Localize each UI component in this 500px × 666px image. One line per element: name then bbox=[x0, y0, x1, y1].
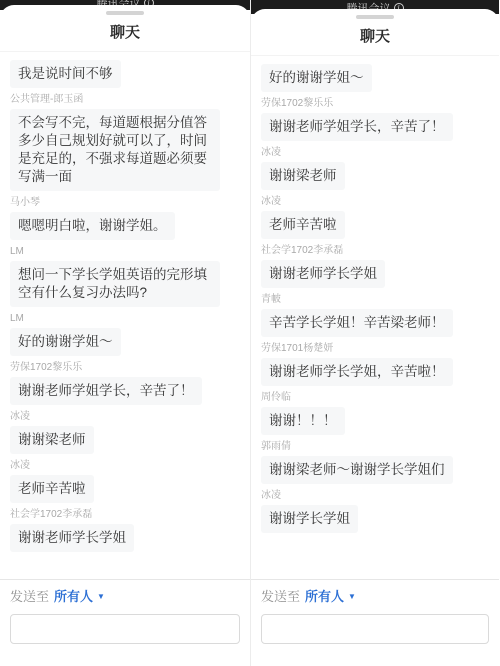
message-input[interactable] bbox=[261, 614, 489, 644]
message-bubble: 谢谢梁老师 bbox=[10, 426, 94, 454]
message-list[interactable]: 好的谢谢学姐～ 劳保1702黎乐乐 谢谢老师学姐学长，辛苦了！ 冰凌 谢谢梁老师… bbox=[251, 56, 499, 579]
message-bubble: 谢谢学长学姐 bbox=[261, 505, 358, 533]
message-bubble: 不会写不完，每道题根据分值答多少自己规划好就可以了，时间是充足的，不强求每道题必… bbox=[10, 109, 220, 191]
message-item: 周伶临 谢谢！！！ bbox=[261, 391, 489, 435]
message-item: 冰凌 谢谢梁老师 bbox=[10, 410, 240, 454]
message-bubble: 谢谢老师学姐学长，辛苦了！ bbox=[10, 377, 202, 405]
send-to-label: 发送至 bbox=[10, 589, 49, 605]
chat-sheet: 聊天 我是说时间不够 公共管理-郎玉函 不会写不完，每道题根据分值答多少自己规划… bbox=[0, 5, 250, 666]
send-footer: 发送至 所有人 ▼ bbox=[0, 579, 250, 666]
sender-name: LM bbox=[10, 312, 240, 325]
message-bubble: 老师辛苦啦 bbox=[10, 475, 94, 503]
sender-name: 劳保1702黎乐乐 bbox=[261, 97, 489, 110]
message-item: 冰凌 谢谢梁老师 bbox=[261, 146, 489, 190]
drag-handle[interactable] bbox=[356, 15, 394, 19]
message-bubble: 想问一下学长学姐英语的完形填空有什么复习办法吗? bbox=[10, 261, 220, 307]
message-item: 劳保1701杨楚妍 谢谢老师学长学姐，辛苦啦！ bbox=[261, 342, 489, 386]
message-item: 劳保1702黎乐乐 谢谢老师学姐学长，辛苦了！ bbox=[10, 361, 240, 405]
sender-name: 郭雨倩 bbox=[261, 440, 489, 453]
message-item: 青帔 辛苦学长学姐！辛苦梁老师！ bbox=[261, 293, 489, 337]
phone-screens: 腾讯会议i 聊天 我是说时间不够 公共管理-郎玉函 不会写不完，每道题根据分值答… bbox=[0, 0, 500, 666]
message-item: 冰凌 谢谢学长学姐 bbox=[261, 489, 489, 533]
message-bubble: 好的谢谢学姐～ bbox=[261, 64, 372, 92]
message-bubble: 谢谢梁老师 bbox=[261, 162, 345, 190]
message-bubble: 谢谢老师学长学姐，辛苦啦！ bbox=[261, 358, 453, 386]
sender-name: 公共管理-郎玉函 bbox=[10, 93, 240, 106]
sender-name: 冰凌 bbox=[261, 489, 489, 502]
send-to-row[interactable]: 发送至 所有人 ▼ bbox=[10, 589, 240, 605]
message-item: 劳保1702黎乐乐 谢谢老师学姐学长，辛苦了！ bbox=[261, 97, 489, 141]
message-item: 马小琴 嗯嗯明白啦，谢谢学姐。 bbox=[10, 196, 240, 240]
message-bubble: 老师辛苦啦 bbox=[261, 211, 345, 239]
chat-title: 聊天 bbox=[0, 19, 250, 52]
message-item: 冰凌 老师辛苦啦 bbox=[261, 195, 489, 239]
message-item: LM 好的谢谢学姐～ bbox=[10, 312, 240, 356]
send-footer: 发送至 所有人 ▼ bbox=[251, 579, 499, 666]
chat-panel: 腾讯会议i 聊天 好的谢谢学姐～ 劳保1702黎乐乐 谢谢老师学姐学长，辛苦了！… bbox=[250, 0, 499, 666]
sender-name: 马小琴 bbox=[10, 196, 240, 209]
sender-name: 社会学1702李承磊 bbox=[261, 244, 489, 257]
message-bubble: 谢谢老师学长学姐 bbox=[261, 260, 385, 288]
message-bubble: 谢谢老师学姐学长，辛苦了！ bbox=[261, 113, 453, 141]
sender-name: 冰凌 bbox=[261, 146, 489, 159]
chat-title: 聊天 bbox=[251, 23, 499, 56]
message-input[interactable] bbox=[10, 614, 240, 644]
sender-name: 冰凌 bbox=[261, 195, 489, 208]
message-bubble: 谢谢老师学长学姐 bbox=[10, 524, 134, 552]
message-item: 好的谢谢学姐～ bbox=[261, 64, 489, 92]
sender-name: 冰凌 bbox=[10, 410, 240, 423]
audience-value[interactable]: 所有人 bbox=[54, 589, 93, 605]
sender-name: 社会学1702李承磊 bbox=[10, 508, 240, 521]
chat-panel: 腾讯会议i 聊天 我是说时间不够 公共管理-郎玉函 不会写不完，每道题根据分值答… bbox=[0, 0, 250, 666]
message-item: 公共管理-郎玉函 不会写不完，每道题根据分值答多少自己规划好就可以了，时间是充足… bbox=[10, 93, 240, 191]
send-to-row[interactable]: 发送至 所有人 ▼ bbox=[261, 589, 489, 605]
message-bubble: 我是说时间不够 bbox=[10, 60, 121, 88]
message-bubble: 嗯嗯明白啦，谢谢学姐。 bbox=[10, 212, 175, 240]
message-item: 社会学1702李承磊 谢谢老师学长学姐 bbox=[10, 508, 240, 552]
sender-name: LM bbox=[10, 245, 240, 258]
drag-handle[interactable] bbox=[106, 11, 144, 15]
sender-name: 冰凌 bbox=[10, 459, 240, 472]
audience-value[interactable]: 所有人 bbox=[305, 589, 344, 605]
message-item: 郭雨倩 谢谢梁老师～谢谢学长学姐们 bbox=[261, 440, 489, 484]
message-item: LM 想问一下学长学姐英语的完形填空有什么复习办法吗? bbox=[10, 245, 240, 307]
message-list[interactable]: 我是说时间不够 公共管理-郎玉函 不会写不完，每道题根据分值答多少自己规划好就可… bbox=[0, 52, 250, 579]
sender-name: 劳保1702黎乐乐 bbox=[10, 361, 240, 374]
message-bubble: 谢谢梁老师～谢谢学长学姐们 bbox=[261, 456, 453, 484]
send-to-label: 发送至 bbox=[261, 589, 300, 605]
chat-sheet: 聊天 好的谢谢学姐～ 劳保1702黎乐乐 谢谢老师学姐学长，辛苦了！ 冰凌 谢谢… bbox=[251, 9, 499, 666]
message-bubble: 谢谢！！！ bbox=[261, 407, 345, 435]
message-item: 我是说时间不够 bbox=[10, 60, 240, 88]
message-bubble: 好的谢谢学姐～ bbox=[10, 328, 121, 356]
caret-down-icon[interactable]: ▼ bbox=[97, 589, 105, 605]
sender-name: 劳保1701杨楚妍 bbox=[261, 342, 489, 355]
message-bubble: 辛苦学长学姐！辛苦梁老师！ bbox=[261, 309, 453, 337]
caret-down-icon[interactable]: ▼ bbox=[348, 589, 356, 605]
message-item: 冰凌 老师辛苦啦 bbox=[10, 459, 240, 503]
sender-name: 青帔 bbox=[261, 293, 489, 306]
sender-name: 周伶临 bbox=[261, 391, 489, 404]
message-item: 社会学1702李承磊 谢谢老师学长学姐 bbox=[261, 244, 489, 288]
